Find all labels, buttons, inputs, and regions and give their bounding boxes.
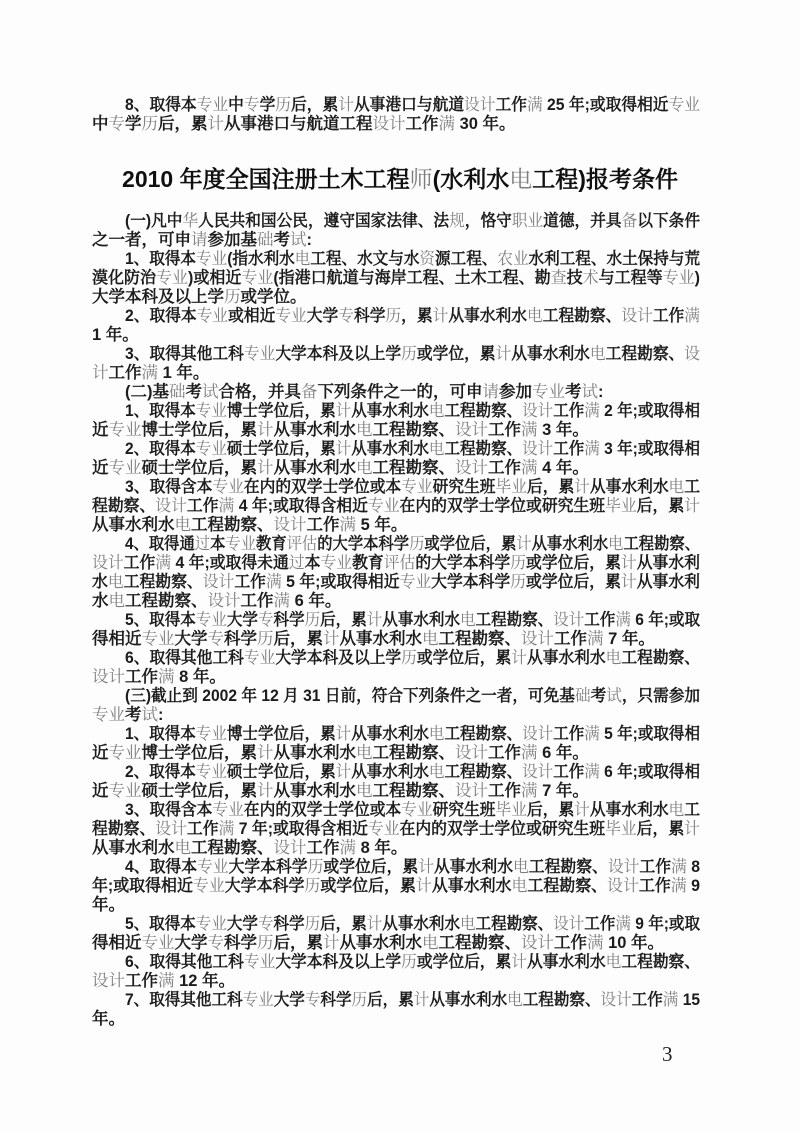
faded-glyph: 满 <box>142 364 159 382</box>
faded-glyph: 业 <box>241 535 256 553</box>
faded-glyph: 历 <box>401 953 417 971</box>
faded-glyph: 业 <box>211 402 227 420</box>
faded-glyph: 业 <box>211 611 227 629</box>
text-line: 设计工作满 8 年。 <box>92 668 700 687</box>
faded-glyph: 业 <box>209 877 225 895</box>
faded-glyph: 电 <box>422 934 439 952</box>
text-line-content: 程勘察、设计工作满 4 年;或取得含相近专业在内的双学士学位或研究生班毕业后，累… <box>92 497 700 516</box>
faded-glyph: 业 <box>384 820 400 838</box>
faded-glyph: 电 <box>509 166 532 192</box>
faded-glyph: 专 <box>258 611 274 629</box>
intro-paragraph: 8、取得本专业中专学历后，累计从事港口与航道设计工作满 25 年;或取得相近专业… <box>92 96 700 134</box>
faded-glyph: 历 <box>257 934 274 952</box>
text-line: 4、取得通过本专业教育评估的大学本科学历或学位后，累计从事水利水电工程勘察、 <box>92 535 700 554</box>
text-line-content: 4、取得通过本专业教育评估的大学本科学历或学位后，累计从事水利水电工程勘察、 <box>125 535 700 554</box>
faded-glyph: 满 <box>587 934 604 952</box>
faded-glyph: 请 <box>191 231 208 249</box>
faded-glyph: 专 <box>244 649 260 667</box>
faded-glyph: 设 <box>607 877 623 895</box>
text-line-content: 5、取得本专业大学专科学历后，累计从事水利水电工程勘察、设计工作满 6 年;或取 <box>125 611 700 630</box>
faded-glyph: 计 <box>290 516 307 534</box>
text-line-content: 1 年。 <box>92 326 139 345</box>
text-line: 中专学历后，累计从事港口与航道工程设计工作满 30 年。 <box>92 115 700 134</box>
faded-glyph: 计 <box>336 440 352 458</box>
text-line-content: 近专业硕士学位后，累计从事水利水电工程勘察、设计工作满 7 年。 <box>92 782 589 801</box>
faded-glyph: 设 <box>455 421 472 439</box>
text-line-content: 6、取得其他工科专业大学本科及以上学历或学位后，累计从事水利水电工程勘察、 <box>125 649 700 668</box>
faded-glyph: 计 <box>418 858 434 876</box>
faded-glyph: 业 <box>125 782 142 800</box>
faded-glyph: 业 <box>258 991 274 1009</box>
text-line: 1、取得本专业博士学位后，累计从事水利水电工程勘察、设计工作满 5 年;或取得相 <box>92 725 700 744</box>
faded-glyph: 满 <box>615 611 631 629</box>
text-line-content: 专业考试: <box>92 706 164 725</box>
faded-glyph: 设 <box>521 934 538 952</box>
faded-glyph: 设 <box>553 915 569 933</box>
text-line: (一)凡中华人民共和国公民，遵守国家法律、法规，恪守职业道德，并具备以下条件 <box>92 212 700 231</box>
faded-glyph: 满 <box>219 820 235 838</box>
faded-glyph: 计 <box>684 820 700 838</box>
faded-glyph: 计 <box>637 307 653 325</box>
text-line-content: 年。 <box>92 1010 125 1029</box>
faded-glyph: 设 <box>553 611 569 629</box>
faded-glyph: 计 <box>257 459 274 477</box>
faded-glyph: 试 <box>582 383 599 401</box>
faded-glyph: 满 <box>521 744 538 762</box>
faded-glyph: 备 <box>622 212 638 230</box>
faded-glyph: 设 <box>208 592 225 610</box>
faded-glyph: 历 <box>510 554 526 572</box>
faded-glyph: 计 <box>219 573 235 591</box>
faded-glyph: 专 <box>338 307 354 325</box>
faded-glyph: 计 <box>416 877 432 895</box>
faded-glyph: 设 <box>608 858 624 876</box>
faded-glyph: 计 <box>433 307 449 325</box>
faded-glyph: 业 <box>621 497 637 515</box>
faded-glyph: 专 <box>197 307 213 325</box>
faded-glyph: 业 <box>158 934 175 952</box>
faded-glyph: 业 <box>212 96 228 114</box>
faded-glyph: 满 <box>584 402 600 420</box>
text-line-content: 5、取得本专业大学专科学历后，累计从事水利水电工程勘察、设计工作满 9 年;或取 <box>125 915 700 934</box>
text-line: 程勘察、设计工作满 7 年;或取得含相近专业在内的双学士学位或研究生班毕业后，累… <box>92 820 700 839</box>
faded-glyph: 规 <box>449 212 465 230</box>
faded-glyph: 过 <box>289 554 305 572</box>
faded-glyph: 设 <box>522 763 538 781</box>
faded-glyph: 历 <box>305 915 321 933</box>
text-line: 大学本科及以上学历或学位。 <box>92 288 700 307</box>
faded-glyph: 专 <box>109 115 126 133</box>
faded-glyph: 业 <box>213 858 229 876</box>
faded-glyph: 满 <box>340 516 357 534</box>
faded-glyph: 计 <box>621 573 637 591</box>
faded-glyph: 历 <box>304 877 320 895</box>
faded-glyph: 专 <box>196 763 212 781</box>
faded-glyph: 计 <box>323 630 340 648</box>
faded-glyph: 电 <box>606 953 622 971</box>
faded-glyph: 电 <box>108 573 124 591</box>
faded-glyph: 历 <box>142 115 159 133</box>
document-title: 2010 年度全国注册土木工程师(水利水电工程)报考条件 <box>0 164 800 194</box>
faded-glyph: 业 <box>621 820 637 838</box>
text-line: 3、取得其他工科专业大学本科及以上学历或学位，累计从事水利水电工程勘察、设 <box>92 345 700 364</box>
faded-glyph: 专 <box>197 858 213 876</box>
faded-glyph: 专 <box>225 535 240 553</box>
faded-glyph: 业 <box>125 459 142 477</box>
faded-glyph: 础 <box>169 383 186 401</box>
text-line: 近专业硕士学位后，累计从事水利水电工程勘察、设计工作满 4 年。 <box>92 459 700 478</box>
faded-glyph: 计 <box>171 820 187 838</box>
text-line-content: 2、取得本专业硕士学位后，累计从事水利水电工程勘察、设计工作满 3 年;或取得相 <box>125 440 700 459</box>
faded-glyph: 业 <box>513 250 529 268</box>
text-line: 近专业博士学位后，累计从事水利水电工程勘察、设计工作满 6 年。 <box>92 744 700 763</box>
faded-glyph: 职 <box>512 212 528 230</box>
text-line: 从事水利水电工程勘察、设计工作满 8 年。 <box>92 839 700 858</box>
faded-glyph: 专 <box>109 421 126 439</box>
faded-glyph: 计 <box>257 421 274 439</box>
faded-glyph: 计 <box>616 991 632 1009</box>
faded-glyph: 电 <box>175 516 192 534</box>
faded-glyph: 电 <box>429 763 445 781</box>
faded-glyph: 电 <box>669 801 685 819</box>
faded-glyph: 业 <box>415 573 431 591</box>
faded-glyph: 计 <box>472 744 489 762</box>
text-line-content: 大学本科及以上学历或学位。 <box>92 288 307 307</box>
text-line: 1、取得本专业博士学位后，累计从事水利水电工程勘察、设计工作满 2 年;或取得相 <box>92 402 700 421</box>
faded-glyph: 评 <box>287 535 302 553</box>
faded-glyph: 满 <box>158 668 175 686</box>
faded-glyph: 计 <box>624 858 640 876</box>
faded-glyph: 电 <box>460 915 476 933</box>
faded-glyph: 设 <box>274 839 291 857</box>
faded-glyph: 专 <box>208 934 225 952</box>
faded-glyph: 计 <box>290 839 307 857</box>
faded-glyph: 设 <box>522 440 538 458</box>
faded-glyph: 过 <box>195 535 210 553</box>
text-line-content: 水电工程勘察、设计工作满 6 年。 <box>92 592 341 611</box>
faded-glyph: 满 <box>521 421 538 439</box>
text-line: 年;或取得相近专业大学本科学历或学位后，累计从事水利水电工程勘察、设计工作满 9 <box>92 877 700 896</box>
text-line: 年。 <box>92 896 700 915</box>
text-line-content: 近专业博士学位后，累计从事水利水电工程勘察、设计工作满 6 年。 <box>92 744 589 763</box>
faded-glyph: 计 <box>336 402 352 420</box>
faded-glyph: 业 <box>211 763 227 781</box>
faded-glyph: 设 <box>455 744 472 762</box>
faded-glyph: 设 <box>684 345 700 363</box>
faded-glyph: 专 <box>196 250 212 268</box>
faded-glyph: 专 <box>92 706 109 724</box>
faded-glyph: 专 <box>244 345 260 363</box>
faded-glyph: 专 <box>368 820 384 838</box>
text-line: 水电工程勘察、设计工作满 6 年。 <box>92 592 700 611</box>
faded-glyph: 专 <box>401 478 417 496</box>
faded-glyph: 计 <box>538 763 554 781</box>
faded-glyph: 电 <box>460 611 476 629</box>
faded-glyph: 计 <box>538 630 555 648</box>
faded-glyph: 历 <box>224 288 241 306</box>
faded-glyph: 设 <box>274 516 291 534</box>
faded-glyph: 计 <box>108 554 124 572</box>
text-line: 之一者，可申请参加基础考试: <box>92 231 700 250</box>
faded-glyph: 电 <box>422 630 439 648</box>
faded-glyph: 术 <box>583 269 599 287</box>
faded-glyph: 计 <box>496 345 512 363</box>
faded-glyph: 业 <box>511 478 527 496</box>
faded-glyph: 专 <box>196 725 212 743</box>
faded-glyph: 计 <box>367 611 383 629</box>
faded-glyph: 满 <box>584 440 600 458</box>
faded-glyph: 设 <box>155 497 171 515</box>
faded-glyph: 业 <box>158 630 175 648</box>
faded-glyph: 计 <box>389 115 406 133</box>
text-line-content: 2、取得本专业或相近专业大学专科学历，累计从事水利水电工程勘察、设计工作满 <box>125 307 700 326</box>
faded-glyph: 设 <box>621 307 637 325</box>
faded-glyph: 专 <box>663 269 679 287</box>
faded-glyph: 满 <box>158 972 175 990</box>
faded-glyph: 毕 <box>496 478 512 496</box>
faded-glyph: 计 <box>472 782 489 800</box>
faded-glyph: 专 <box>532 383 549 401</box>
faded-glyph: 础 <box>257 231 274 249</box>
faded-glyph: 业 <box>257 269 273 287</box>
faded-glyph: 专 <box>669 96 685 114</box>
faded-glyph: 设 <box>522 402 538 420</box>
faded-glyph: 计 <box>574 478 590 496</box>
faded-glyph: 满 <box>615 915 631 933</box>
document-page: 8、取得本专业中专学历后，累计从事港口与航道设计工作满 25 年;或取得相近专业… <box>0 0 800 1132</box>
faded-glyph: 资 <box>419 250 435 268</box>
faded-glyph: 计 <box>336 725 352 743</box>
faded-glyph: 满 <box>266 573 282 591</box>
faded-glyph: 电 <box>175 839 192 857</box>
faded-glyph: 满 <box>521 782 538 800</box>
faded-glyph: 电 <box>356 782 373 800</box>
faded-glyph: 业 <box>260 345 276 363</box>
faded-glyph: 设 <box>203 573 219 591</box>
faded-glyph: 设 <box>464 96 480 114</box>
faded-glyph: 试 <box>290 231 307 249</box>
faded-glyph: 专 <box>109 744 126 762</box>
faded-glyph: 满 <box>584 763 600 781</box>
faded-glyph: 估 <box>400 554 416 572</box>
faded-glyph: 毕 <box>605 497 621 515</box>
faded-glyph: 设 <box>92 554 108 572</box>
text-line-content: 水电工程勘察、设计工作满 5 年;或取得相近专业大学本科学历或学位后，累计从事水… <box>92 573 700 592</box>
text-line: 水电工程勘察、设计工作满 5 年;或取得相近专业大学本科学历或学位后，累计从事水… <box>92 573 700 592</box>
faded-glyph: 业 <box>212 250 228 268</box>
faded-glyph: 电 <box>507 991 523 1009</box>
faded-glyph: 历 <box>401 649 417 667</box>
text-line-content: 3、取得其他工科专业大学本科及以上学历或学位，累计从事水利水电工程勘察、设 <box>125 345 700 364</box>
faded-glyph: 专 <box>109 459 126 477</box>
faded-glyph: 专 <box>156 269 172 287</box>
faded-glyph: 电 <box>429 725 445 743</box>
faded-glyph: 计 <box>516 535 531 553</box>
faded-glyph: 专 <box>142 934 159 952</box>
faded-glyph: 专 <box>197 96 213 114</box>
text-line-content: (三)截止到 2002 年 12 月 31 日前，符合下列条件之一者，可免基础考… <box>125 687 700 706</box>
faded-glyph: 业 <box>384 497 400 515</box>
faded-glyph: 计 <box>208 115 225 133</box>
faded-glyph: 试 <box>606 687 622 705</box>
text-line-content: 2、取得本专业硕士学位后，累计从事水利水电工程勘察、设计工作满 6 年;或取得相 <box>125 763 700 782</box>
text-line-content: 年。 <box>92 896 125 915</box>
faded-glyph: 历 <box>352 991 368 1009</box>
faded-glyph: 历 <box>409 535 424 553</box>
faded-glyph: 业 <box>511 801 527 819</box>
faded-glyph: 专 <box>196 402 212 420</box>
faded-glyph: 专 <box>142 630 159 648</box>
faded-glyph: 毕 <box>605 820 621 838</box>
faded-glyph: 电 <box>295 250 311 268</box>
text-line: 近专业博士学位后，累计从事水利水电工程勘察、设计工作满 3 年。 <box>92 421 700 440</box>
faded-glyph: 满 <box>274 592 291 610</box>
faded-glyph: 业 <box>417 801 433 819</box>
faded-glyph: 专 <box>212 801 228 819</box>
faded-glyph: 计 <box>538 934 555 952</box>
text-line-content: 得相近专业大学专科学历后，累计从事水利水电工程勘察、设计工作满 10 年。 <box>92 934 664 953</box>
text-line-content: 1、取得本专业博士学位后，累计从事水利水电工程勘察、设计工作满 5 年;或取得相 <box>125 725 700 744</box>
faded-glyph: 毕 <box>496 801 512 819</box>
text-line-content: (二)基础考试合格，并具备下列条件之一的，可申请参加专业考试: <box>125 383 604 402</box>
faded-glyph: 计 <box>569 915 585 933</box>
faded-glyph: 满 <box>671 877 687 895</box>
faded-glyph: 计 <box>414 991 430 1009</box>
faded-glyph: 查 <box>551 269 567 287</box>
faded-glyph: 专 <box>109 782 126 800</box>
faded-glyph: 计 <box>109 972 126 990</box>
faded-glyph: 专 <box>244 953 260 971</box>
faded-glyph: 设 <box>521 630 538 648</box>
faded-glyph: 业 <box>679 269 695 287</box>
faded-glyph: 业 <box>212 307 228 325</box>
faded-glyph: 计 <box>171 497 187 515</box>
faded-glyph: 业 <box>228 801 244 819</box>
faded-glyph: 业 <box>125 744 142 762</box>
faded-glyph: 历 <box>257 630 274 648</box>
text-line: 5、取得本专业大学专科学历后，累计从事水利水电工程勘察、设计工作满 9 年;或取 <box>92 915 700 934</box>
text-line-content: 程勘察、设计工作满 7 年;或取得含相近专业在内的双学士学位或研究生班毕业后，累… <box>92 820 700 839</box>
text-line: 6、取得其他工科专业大学本科及以上学历或学位后，累计从事水利水电工程勘察、 <box>92 953 700 972</box>
faded-glyph: 满 <box>663 991 679 1009</box>
faded-glyph: 专 <box>208 630 225 648</box>
text-line-content: (一)凡中华人民共和国公民，遵守国家法律、法规，恪守职业道德，并具备以下条件 <box>125 212 700 231</box>
text-line-content: 8、取得本专业中专学历后，累计从事港口与航道设计工作满 25 年;或取得相近专业 <box>125 96 700 115</box>
text-line: 4、取得本专业大学本科学历或学位后，累计从事水利水电工程勘察、设计工作满 8 <box>92 858 700 877</box>
text-line-content: 设计工作满 8 年。 <box>92 668 226 687</box>
faded-glyph: 估 <box>302 535 317 553</box>
text-line: 2、取得本专业或相近专业大学专科学历，累计从事水利水电工程勘察、设计工作满 <box>92 307 700 326</box>
faded-glyph: 计 <box>472 459 489 477</box>
faded-glyph: 满 <box>527 96 543 114</box>
faded-glyph: 业 <box>336 554 352 572</box>
text-line-content: 从事水利水电工程勘察、设计工作满 8 年。 <box>92 839 407 858</box>
faded-glyph: 计 <box>480 96 496 114</box>
faded-glyph: 电 <box>669 478 685 496</box>
faded-glyph: 满 <box>684 307 700 325</box>
faded-glyph: 业 <box>260 953 276 971</box>
text-line: 6、取得其他工科专业大学本科及以上学历或学位后，累计从事水利水电工程勘察、 <box>92 649 700 668</box>
document-title-text: 2010 年度全国注册土木工程师(水利水电工程)报考条件 <box>122 164 678 194</box>
faded-glyph: 专 <box>400 573 416 591</box>
body-text: (一)凡中华人民共和国公民，遵守国家法律、法规，恪守职业道德，并具备以下条件之一… <box>92 212 700 1029</box>
faded-glyph: 专 <box>243 991 259 1009</box>
text-line-content: 得相近专业大学专科学历后，累计从事水利水电工程勘察、设计工作满 7 年。 <box>92 630 655 649</box>
faded-glyph: 试 <box>202 383 219 401</box>
faded-glyph: 计 <box>621 554 637 572</box>
faded-glyph: 设 <box>455 782 472 800</box>
faded-glyph: 础 <box>575 687 591 705</box>
text-line-content: 1、取得本专业(指水利水电工程、水文与水资源工程、农业水利工程、水土保持与荒 <box>125 250 700 269</box>
faded-glyph: 电 <box>513 858 529 876</box>
faded-glyph: 计 <box>684 497 700 515</box>
text-line: 得相近专业大学专科学历后，累计从事水利水电工程勘察、设计工作满 7 年。 <box>92 630 700 649</box>
faded-glyph: 计 <box>367 915 383 933</box>
text-line: 近专业硕士学位后，累计从事水利水电工程勘察、设计工作满 7 年。 <box>92 782 700 801</box>
text-line-content: 中专学历后，累计从事港口与航道工程设计工作满 30 年。 <box>92 115 516 134</box>
faded-glyph: 业 <box>291 307 307 325</box>
faded-glyph: 计 <box>574 801 590 819</box>
faded-glyph: 电 <box>356 421 373 439</box>
faded-glyph: 历 <box>275 96 291 114</box>
text-line-content: 3、取得含本专业在内的双学士学位或本专业研究生班毕业后，累计从事水利水电工 <box>125 478 700 497</box>
text-line-content: 设计工作满 4 年;或取得未通过本专业教育评估的大学本科学历或学位后，累计从事水… <box>92 554 700 573</box>
faded-glyph: 业 <box>417 478 433 496</box>
faded-glyph: 业 <box>109 706 126 724</box>
faded-glyph: 设 <box>373 115 390 133</box>
text-line-content: 7、取得其他工科专业大学专科学历后，累计从事水利水电工程勘察、设计工作满 15 <box>125 991 700 1010</box>
text-line: 计工作满 1 年。 <box>92 364 700 383</box>
faded-glyph: 设 <box>155 820 171 838</box>
text-line: 年。 <box>92 1010 700 1029</box>
faded-glyph: 电 <box>608 535 623 553</box>
faded-glyph: 历 <box>305 611 321 629</box>
text-line: 程勘察、设计工作满 4 年;或取得含相近专业在内的双学士学位或研究生班毕业后，累… <box>92 497 700 516</box>
faded-glyph: 专 <box>196 611 212 629</box>
faded-glyph: 计 <box>472 421 489 439</box>
text-line: 1、取得本专业(指水利水电工程、水文与水资源工程、农业水利工程、水土保持与荒 <box>92 250 700 269</box>
faded-glyph: 电 <box>356 744 373 762</box>
faded-glyph: 计 <box>109 668 126 686</box>
faded-glyph: 华 <box>183 212 199 230</box>
faded-glyph: 设 <box>455 459 472 477</box>
faded-glyph: 专 <box>196 915 212 933</box>
faded-glyph: 专 <box>196 440 212 458</box>
faded-glyph: 备 <box>301 383 318 401</box>
text-line-content: 1、取得本专业博士学位后，累计从事水利水电工程勘察、设计工作满 2 年;或取得相 <box>125 402 700 421</box>
text-line: 7、取得其他工科专业大学专科学历后，累计从事水利水电工程勘察、设计工作满 15 <box>92 991 700 1010</box>
text-line: 2、取得本专业硕士学位后，累计从事水利水电工程勘察、设计工作满 6 年;或取得相 <box>92 763 700 782</box>
faded-glyph: 业 <box>549 383 566 401</box>
faded-glyph: 电 <box>590 345 606 363</box>
faded-glyph: 满 <box>155 554 171 572</box>
faded-glyph: 电 <box>429 440 445 458</box>
faded-glyph: 满 <box>521 459 538 477</box>
faded-glyph: 设 <box>92 972 109 990</box>
faded-glyph: 专 <box>401 801 417 819</box>
text-line-content: 近专业博士学位后，累计从事水利水电工程勘察、设计工作满 3 年。 <box>92 421 589 440</box>
text-line-content: 设计工作满 12 年。 <box>92 972 235 991</box>
text-line: (二)基础考试合格，并具备下列条件之一的，可申请参加专业考试: <box>92 383 700 402</box>
faded-glyph: 专 <box>275 307 291 325</box>
text-line: 漠化防治专业)或相近专业(指港口航道与海岸工程、土木工程、勘查技术与工程等专业) <box>92 269 700 288</box>
faded-glyph: 专 <box>258 915 274 933</box>
faded-glyph: 电 <box>511 877 527 895</box>
faded-glyph: 专 <box>212 478 228 496</box>
faded-glyph: 满 <box>584 725 600 743</box>
faded-glyph: 专 <box>241 269 257 287</box>
text-line-content: 从事水利水电工程勘察、设计工作满 5 年。 <box>92 516 407 535</box>
